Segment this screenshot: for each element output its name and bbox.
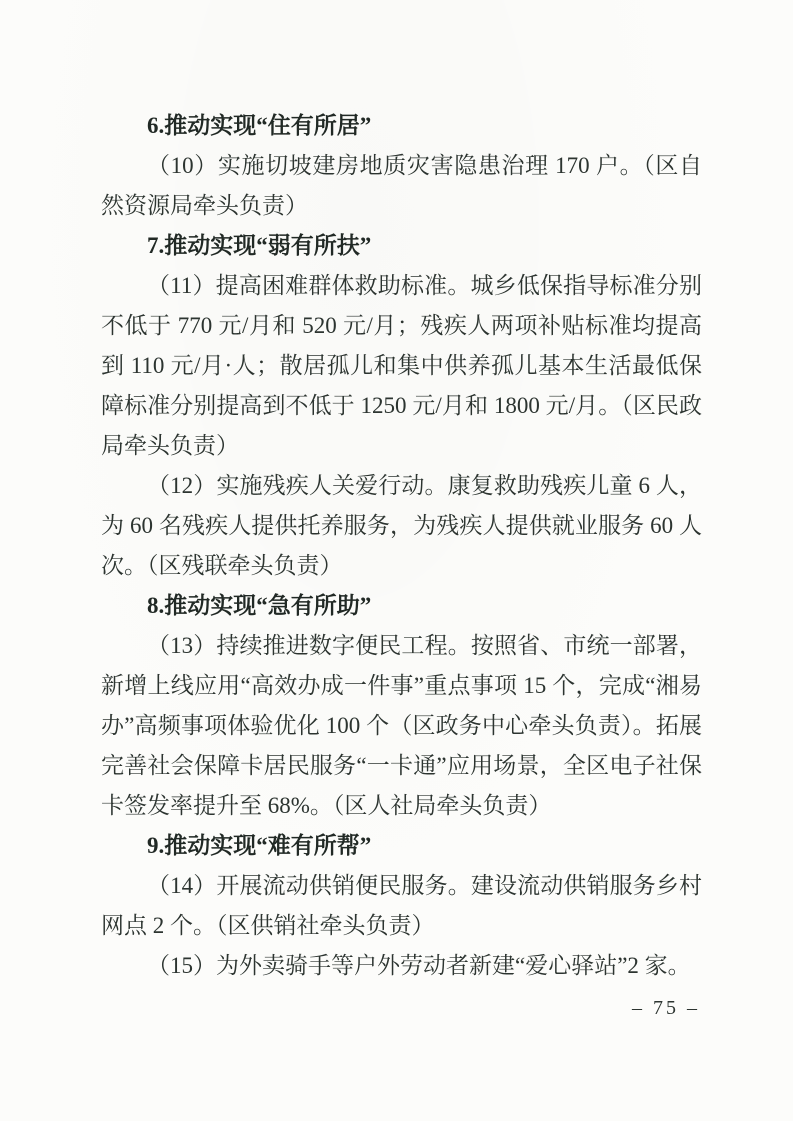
section-heading: 7.推动实现“弱有所扶” [101,226,702,266]
document-body: 6.推动实现“住有所居”（10）实施切坡建房地质灾害隐患治理 170 户。（区自… [101,106,702,986]
section-heading: 6.推动实现“住有所居” [101,106,702,146]
body-paragraph: （12）实施残疾人关爱行动。康复救助残疾儿童 6 人，为 60 名残疾人提供托养… [101,466,702,586]
body-paragraph: （13）持续推进数字便民工程。按照省、市统一部署，新增上线应用“高效办成一件事”… [101,626,702,826]
page-number: – 75 – [632,994,700,1022]
section-heading: 9.推动实现“难有所帮” [101,826,702,866]
body-paragraph: （15）为外卖骑手等户外劳动者新建“爱心驿站”2 家。 [101,946,702,986]
section-heading: 8.推动实现“急有所助” [101,586,702,626]
body-paragraph: （14）开展流动供销便民服务。建设流动供销服务乡村网点 2 个。（区供销社牵头负… [101,866,702,946]
body-paragraph: （11）提高困难群体救助标准。城乡低保指导标准分别不低于 770 元/月和 52… [101,266,702,466]
document-page: 6.推动实现“住有所居”（10）实施切坡建房地质灾害隐患治理 170 户。（区自… [0,0,793,1121]
body-paragraph: （10）实施切坡建房地质灾害隐患治理 170 户。（区自然资源局牵头负责） [101,146,702,226]
